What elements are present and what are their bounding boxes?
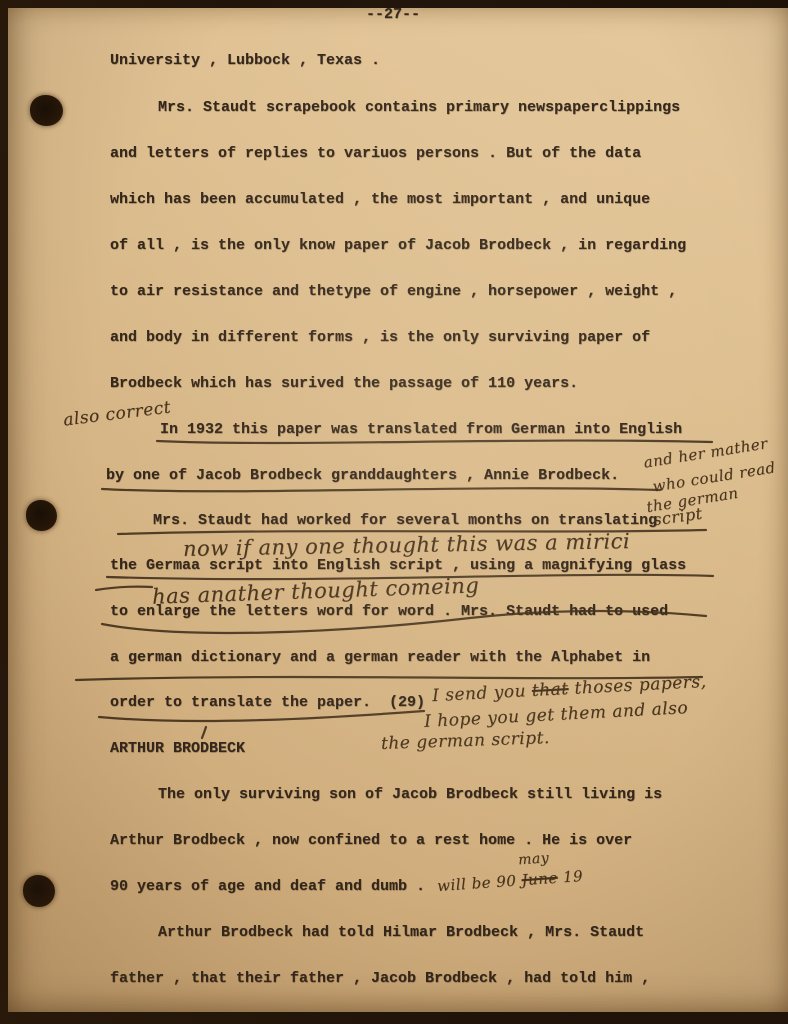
typed-line: to air resistance and thetype of engine …	[110, 283, 677, 301]
typed-line: the Germaa script into English script , …	[110, 557, 686, 575]
document-photo: --27--University , Lubbock , Texas .Mrs.…	[0, 0, 788, 1024]
typed-line: father , that their father , Jacob Brodb…	[110, 970, 650, 988]
struck-word: Junemay	[521, 869, 558, 889]
typed-line: Arthur Brodbeck , now confined to a rest…	[110, 832, 632, 850]
typed-line: order to translate the paper. (29)	[110, 694, 425, 712]
struck-word: that	[531, 679, 569, 701]
hole-punch	[30, 95, 63, 126]
typed-line: In 1932 this paper was translated from G…	[160, 421, 682, 439]
page-number: --27--	[366, 6, 420, 24]
typed-line: which has been accumulated , the most im…	[110, 191, 650, 209]
typed-line: by one of Jacob Brodbeck granddaughters …	[106, 467, 619, 485]
typed-line: and letters of replies to variuos person…	[110, 145, 641, 163]
typed-line: 90 years of age and deaf and dumb .	[110, 878, 425, 896]
inserted-word: may	[518, 850, 550, 868]
typed-line: Mrs. Staudt had worked for several month…	[153, 512, 657, 530]
hole-punch	[26, 500, 57, 531]
typed-line: a german dictionary and a german reader …	[110, 649, 650, 667]
typed-line: Mrs. Staudt scrapebook contains primary …	[158, 99, 680, 117]
typed-line: University , Lubbock , Texas .	[110, 52, 380, 70]
typed-line: and body in different forms , is the onl…	[110, 329, 650, 347]
hole-punch	[23, 875, 55, 907]
section-heading: ARTHUR BRODBECK	[110, 740, 245, 758]
typed-line: to enlarge the letters word for word . M…	[110, 603, 668, 621]
typed-line: Brodbeck which has surived the passage o…	[110, 375, 578, 393]
typed-line: The only surviving son of Jacob Brodbeck…	[158, 786, 662, 804]
typed-line: Arthur Brodbeck had told Hilmar Brodbeck…	[158, 924, 644, 942]
typed-line: of all , is the only know paper of Jacob…	[110, 237, 686, 255]
